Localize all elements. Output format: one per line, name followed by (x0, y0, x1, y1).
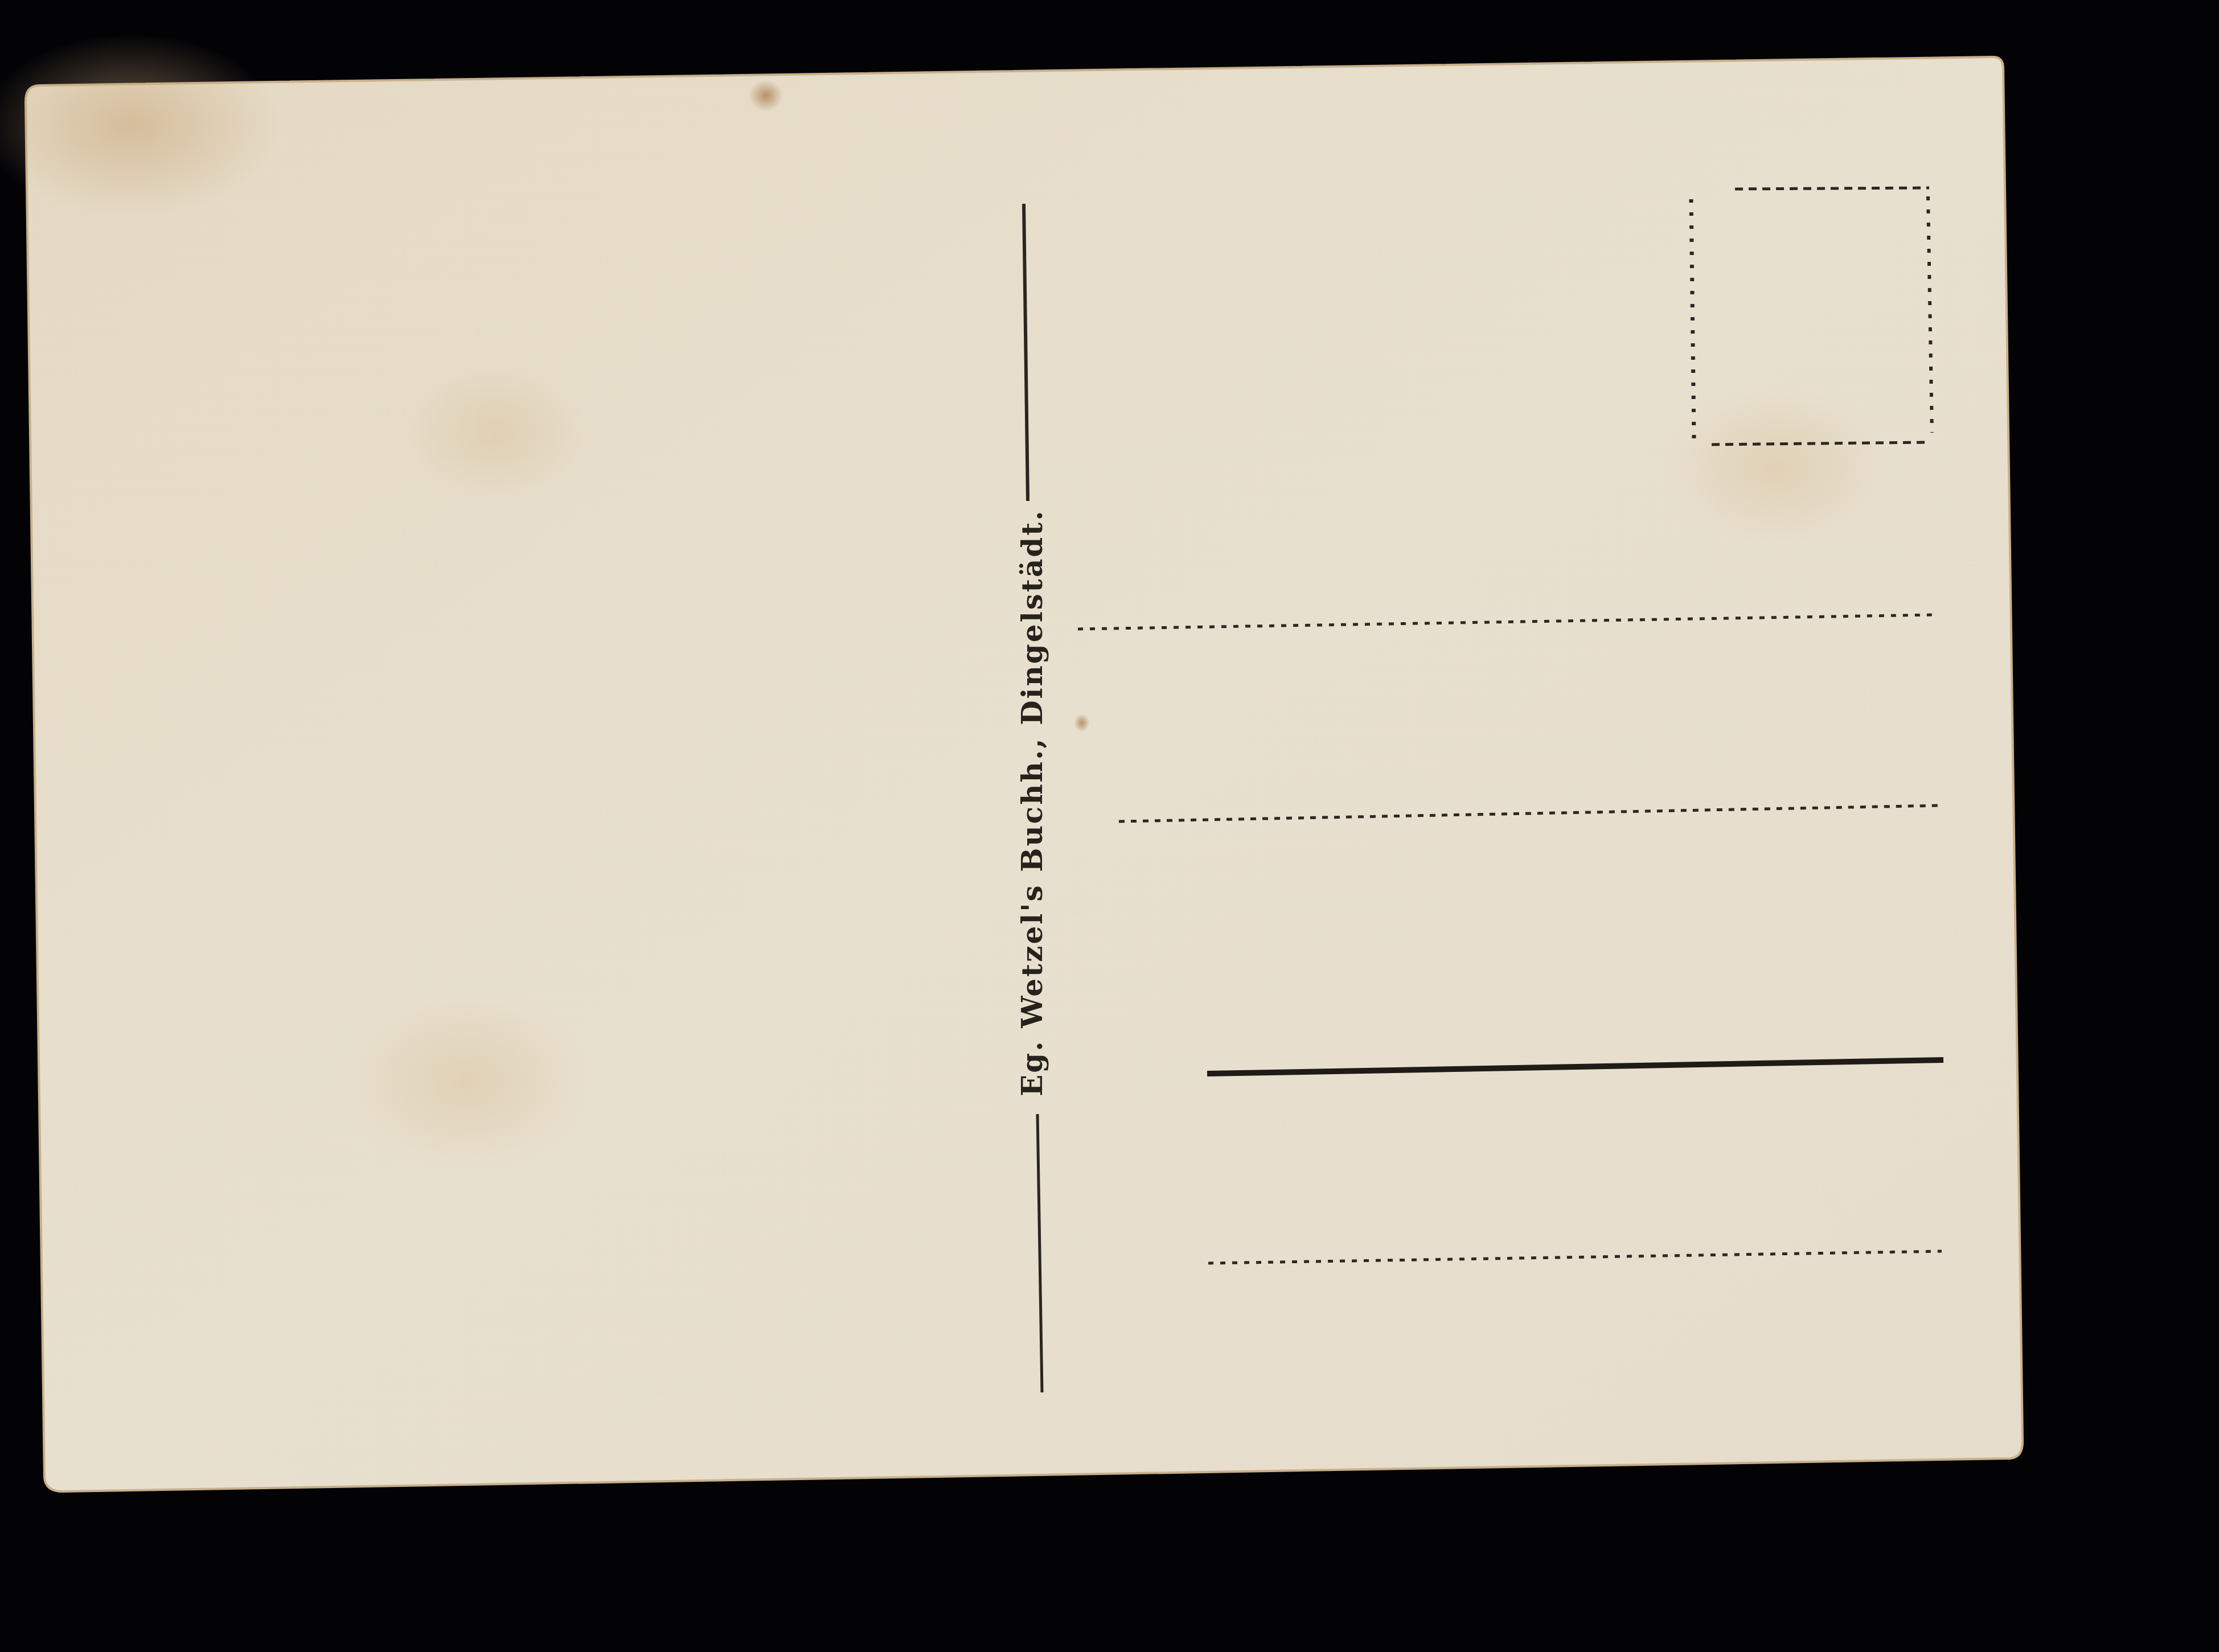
scan-background (0, 0, 2219, 1652)
stain-left-upper (404, 364, 586, 501)
postcard (0, 34, 2023, 1491)
stain-spot-top (749, 80, 783, 112)
stain-right (1663, 387, 1890, 546)
stain-spot-mid (1074, 714, 1090, 732)
stain-left-mid (342, 991, 592, 1173)
publisher-imprint: Eg. Wetzel's Buchh., Dingelstädt. (1015, 509, 1049, 1096)
